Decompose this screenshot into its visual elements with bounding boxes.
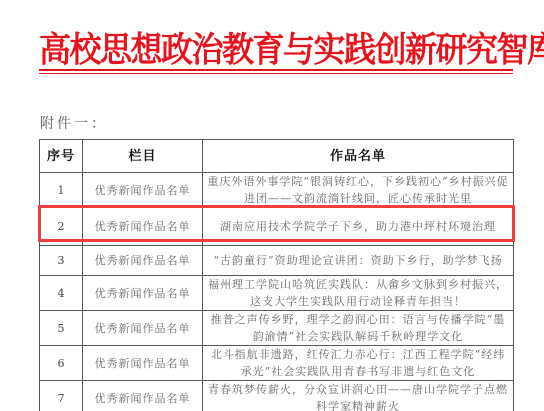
row-number: 7 bbox=[40, 381, 83, 411]
header-number: 序号 bbox=[40, 140, 83, 173]
row-category: 优秀新闻作品名单 bbox=[83, 276, 203, 311]
row-title: 推普之声传乡野，理学之韵润心田：语言与传播学院“墨韵渝情”社会实践队解码千秋岭理… bbox=[203, 311, 514, 346]
row-category: 优秀新闻作品名单 bbox=[83, 346, 203, 381]
row-number: 4 bbox=[40, 276, 83, 311]
row-number: 6 bbox=[40, 346, 83, 381]
row-number: 1 bbox=[40, 173, 83, 208]
row-title: 北斗指航非遗路，红传汇力赤心行：江西工程学院“经纬承光”社会实践队用青春书写非遗… bbox=[203, 346, 514, 381]
row-category: 优秀新闻作品名单 bbox=[83, 381, 203, 411]
title-underline-thick bbox=[39, 69, 513, 71]
row-category: 优秀新闻作品名单 bbox=[83, 246, 203, 276]
table-row: 4 优秀新闻作品名单 福州理工学院山哈筑匠实践队：从畲乡文脉到乡村振兴，这支大学… bbox=[40, 276, 514, 311]
table-row: 3 优秀新闻作品名单 “古韵童行”资助理论宣讲团：资助下乡行，助学梦飞扬 bbox=[40, 246, 514, 276]
table-row: 5 优秀新闻作品名单 推普之声传乡野，理学之韵润心田：语言与传播学院“墨韵渝情”… bbox=[40, 311, 514, 346]
row-number: 2 bbox=[40, 208, 83, 246]
row-title: 湖南应用技术学院学子下乡，助力港中坪村环境治理 bbox=[203, 208, 514, 246]
award-table: 序号 栏目 作品名单 1 优秀新闻作品名单 重庆外语外事学院“银洞铸红心，下乡践… bbox=[39, 139, 514, 411]
row-title: 重庆外语外事学院“银洞铸红心，下乡践初心”乡村振兴促进团——文韵流淌针线间，匠心… bbox=[203, 173, 514, 208]
row-category: 优秀新闻作品名单 bbox=[83, 311, 203, 346]
title-underline-thin bbox=[39, 73, 513, 74]
row-number: 5 bbox=[40, 311, 83, 346]
table-row: 7 优秀新闻作品名单 青春筑梦传薪火，分众宣讲润心田——唐山学院学子点燃科学家精… bbox=[40, 381, 514, 411]
row-category: 优秀新闻作品名单 bbox=[83, 173, 203, 208]
table-row: 6 优秀新闻作品名单 北斗指航非遗路，红传汇力赤心行：江西工程学院“经纬承光”社… bbox=[40, 346, 514, 381]
row-category: 优秀新闻作品名单 bbox=[83, 208, 203, 246]
annex-label: 附件一： bbox=[40, 113, 108, 133]
table-row-highlighted: 2 优秀新闻作品名单 湖南应用技术学院学子下乡，助力港中坪村环境治理 bbox=[40, 208, 514, 246]
row-title: “古韵童行”资助理论宣讲团：资助下乡行，助学梦飞扬 bbox=[203, 246, 514, 276]
table-row: 1 优秀新闻作品名单 重庆外语外事学院“银洞铸红心，下乡践初心”乡村振兴促进团—… bbox=[40, 173, 514, 208]
document-title: 高校思想政治教育与实践创新研究智库 bbox=[39, 26, 513, 74]
row-title: 福州理工学院山哈筑匠实践队：从畲乡文脉到乡村振兴，这支大学生实践队用行动诠释青年… bbox=[203, 276, 514, 311]
row-title: 青春筑梦传薪火，分众宣讲润心田——唐山学院学子点燃科学家精神薪火 bbox=[203, 381, 514, 411]
table-header-row: 序号 栏目 作品名单 bbox=[40, 140, 514, 173]
row-number: 3 bbox=[40, 246, 83, 276]
header-title: 作品名单 bbox=[203, 140, 514, 173]
header-category: 栏目 bbox=[83, 140, 203, 173]
